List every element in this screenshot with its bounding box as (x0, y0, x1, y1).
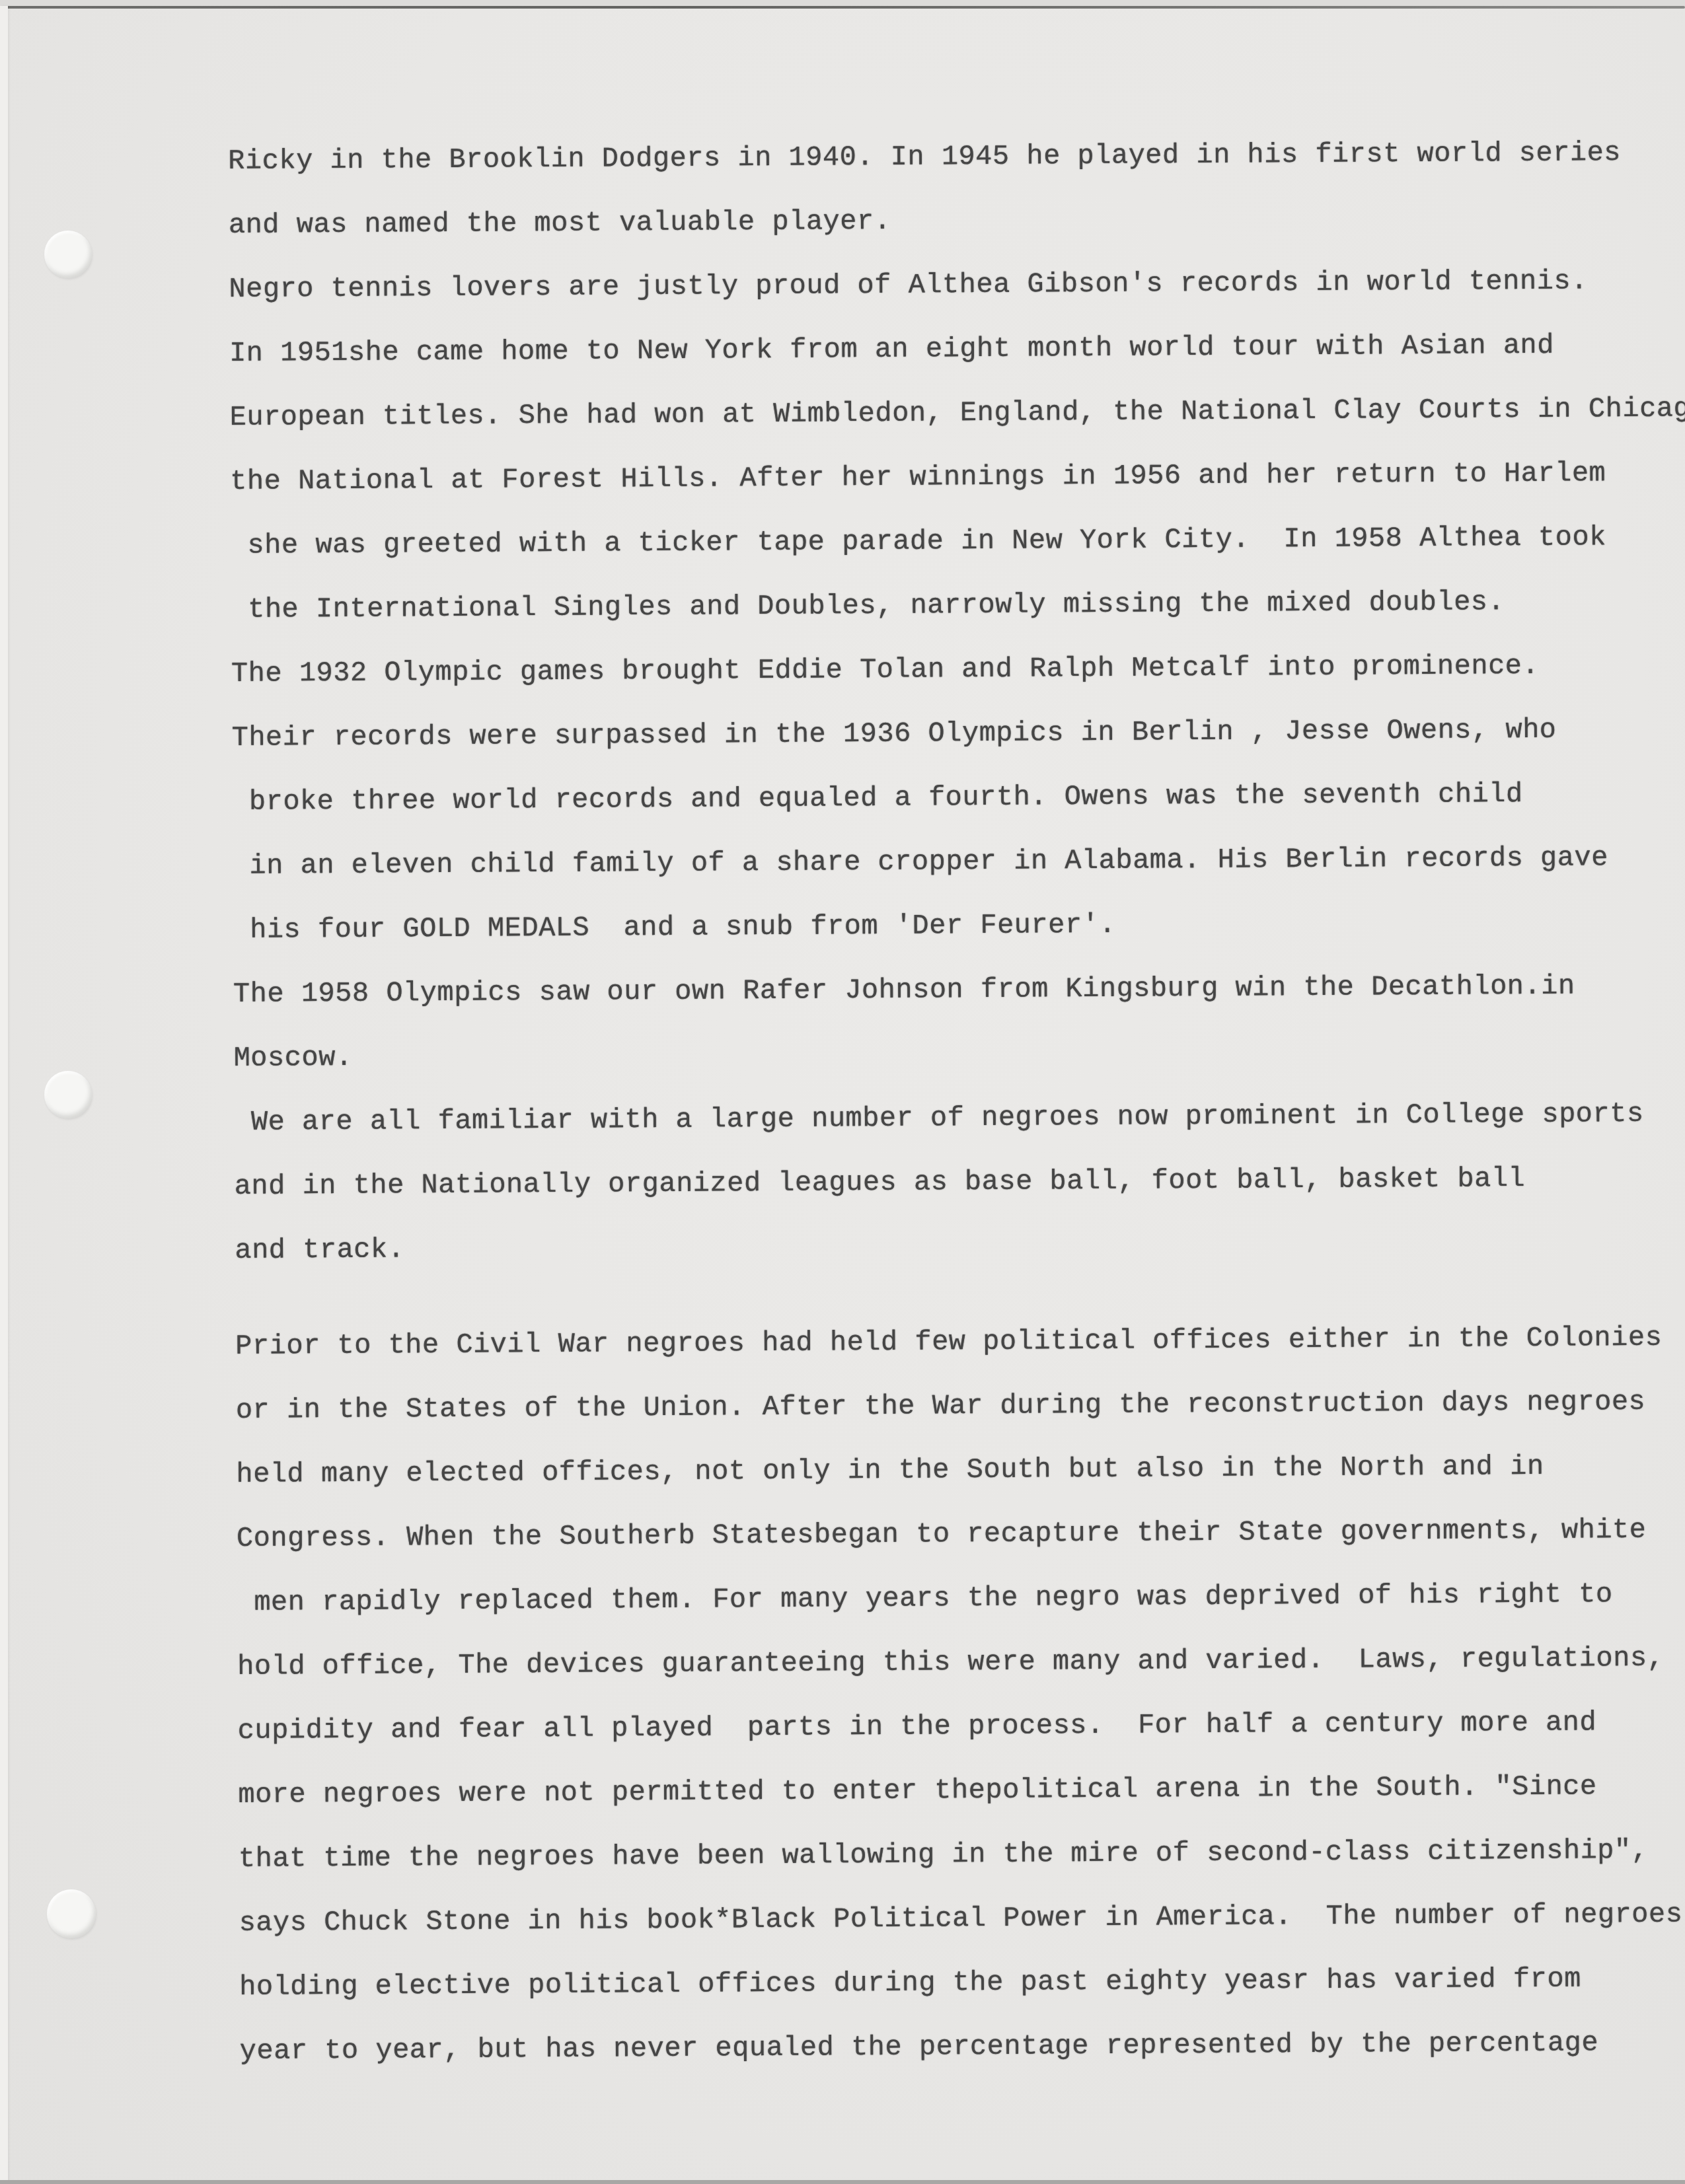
text-line: men rapidly replaced them. For many year… (237, 1562, 1658, 1635)
text-line: in an eleven child family of a share cro… (233, 826, 1654, 898)
text-line: Congress. When the Southerb Statesbegan … (237, 1498, 1658, 1571)
text-line: she was greeted with a ticker tape parad… (231, 505, 1652, 578)
punch-hole-middle (44, 1071, 92, 1118)
punch-hole-bottom (47, 1889, 96, 1938)
text-line: broke three world records and equaled a … (232, 762, 1653, 834)
text-line: European titles. She had won at Wimbledo… (229, 377, 1651, 450)
text-line: Moscow. (233, 1018, 1655, 1091)
text-line: and track. (235, 1210, 1656, 1283)
text-line: The 1932 Olympic games brought Eddie Tol… (231, 634, 1653, 706)
typewritten-text-block: Ricky in the Brooklin Dodgers in 1940. I… (228, 121, 1661, 2084)
scan-edge-left-strip (0, 6, 8, 2184)
text-line: hold office, The devices guaranteeing th… (237, 1626, 1659, 1699)
text-line: In 1951she came home to New York from an… (229, 313, 1651, 386)
text-line: the International Singles and Doubles, n… (231, 569, 1652, 642)
text-line: year to year, but has never equaled the … (239, 2011, 1661, 2084)
text-line: The 1958 Olympics saw our own Rafer John… (233, 954, 1655, 1027)
scan-edge-top-line (0, 6, 1685, 9)
text-line: Prior to the Civil War negroes had held … (235, 1306, 1657, 1379)
text-line: that time the negroes have been wallowin… (239, 1819, 1660, 1891)
text-line: or in the States of the Union. After the… (236, 1370, 1657, 1443)
text-line: Ricky in the Brooklin Dodgers in 1940. I… (228, 121, 1649, 194)
text-line: We are all familiar with a large number … (234, 1082, 1655, 1155)
text-line: the National at Forest Hills. After her … (230, 441, 1651, 514)
text-line: his four GOLD MEDALS and a snub from 'De… (233, 890, 1654, 963)
text-line: and was named the most valuable player. (229, 185, 1650, 258)
punch-hole-top (44, 231, 92, 278)
scan-edge-top-gap (0, 0, 1685, 6)
text-line: holding elective political offices durin… (239, 1947, 1661, 2020)
text-line: Negro tennis lovers are justly proud of … (229, 249, 1650, 322)
text-line: says Chuck Stone in his book*Black Polit… (239, 1883, 1660, 1955)
text-line: and in the Nationally organized leagues … (234, 1146, 1655, 1219)
text-line: held many elected offices, not only in t… (236, 1434, 1657, 1507)
scan-edge-bottom-line (0, 2180, 1685, 2184)
text-line: more negroes were not permitted to enter… (238, 1755, 1659, 1827)
text-line: cupidity and fear all played parts in th… (238, 1691, 1659, 1763)
scanned-document-page: Ricky in the Brooklin Dodgers in 1940. I… (0, 0, 1685, 2184)
text-line: Their records were surpassed in the 1936… (231, 698, 1653, 770)
